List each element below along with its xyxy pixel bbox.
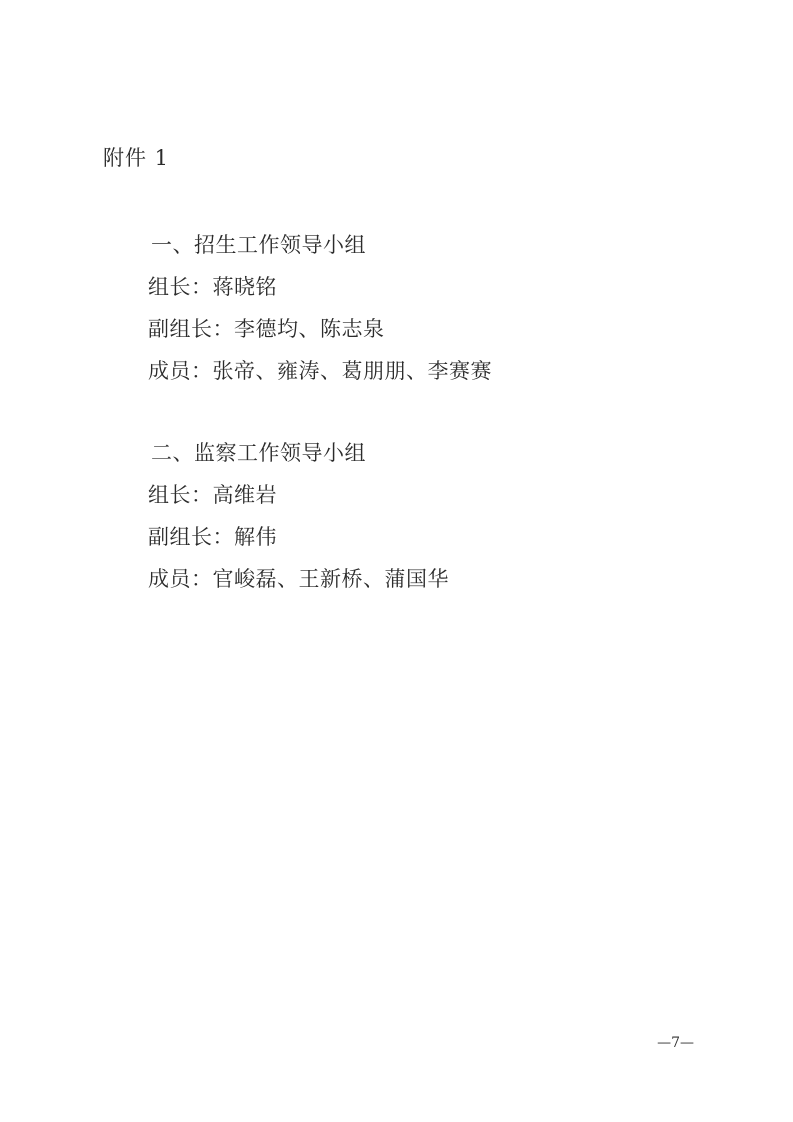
- section-2-members-line: 成员：官峻磊、王新桥、蒲国华: [148, 558, 708, 600]
- section-supervision-group: 二、监察工作领导小组 组长：高维岩 副组长：解伟 成员：官峻磊、王新桥、蒲国华: [148, 432, 708, 600]
- section-gap: [148, 392, 708, 432]
- section-1-heading: 一、招生工作领导小组: [148, 224, 708, 266]
- section-1-deputy-leader-line: 副组长：李德均、陈志泉: [148, 308, 708, 350]
- section-2-deputy-leader-line: 副组长：解伟: [148, 516, 708, 558]
- page-number: —7—: [657, 1034, 694, 1052]
- section-1-members-line: 成员：张帝、雍涛、葛朋朋、李赛赛: [148, 350, 708, 392]
- section-1-leader-line: 组长：蒋晓铭: [148, 266, 708, 308]
- document-page: 附件 1 一、招生工作领导小组 组长：蒋晓铭 副组长：李德均、陈志泉 成员：张帝…: [0, 0, 793, 1122]
- section-admissions-group: 一、招生工作领导小组 组长：蒋晓铭 副组长：李德均、陈志泉 成员：张帝、雍涛、葛…: [148, 224, 708, 392]
- attachment-label: 附件 1: [103, 144, 169, 172]
- section-2-leader-line: 组长：高维岩: [148, 474, 708, 516]
- document-body: 一、招生工作领导小组 组长：蒋晓铭 副组长：李德均、陈志泉 成员：张帝、雍涛、葛…: [148, 224, 708, 600]
- section-2-heading: 二、监察工作领导小组: [148, 432, 708, 474]
